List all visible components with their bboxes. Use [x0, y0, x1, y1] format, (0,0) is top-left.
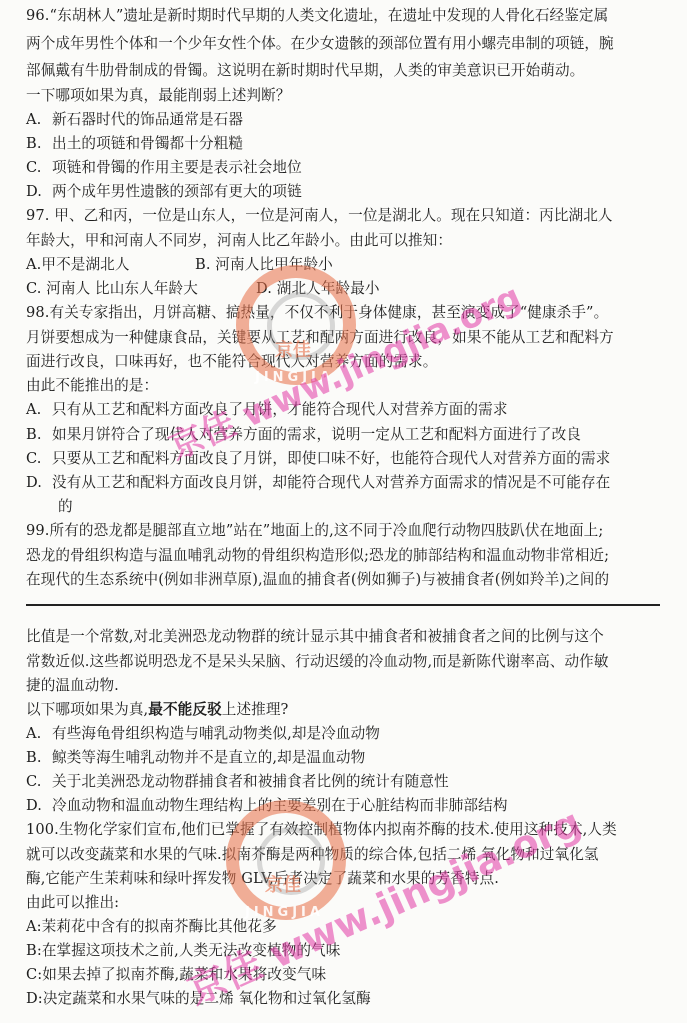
exam-page: …………………………………… 96.“东胡林人”遗址是新时期时代早期的人类文化遗… — [0, 0, 687, 1023]
q100-option-a: A:茉莉花中含有的拟南芥酶比其他花多 — [26, 917, 277, 937]
option-label: B. — [26, 134, 52, 154]
option-label: B. — [26, 748, 52, 768]
option-text: 鲸类等海生哺乳动物并不是直立的,却是温血动物 — [52, 749, 365, 766]
q99-option-c: C.关于北美洲恐龙动物群捕食者和被捕食者比例的统计有随意性 — [26, 772, 449, 792]
page-break-separator — [26, 604, 660, 606]
q98-option-d-continued: 的 — [58, 497, 73, 517]
option-label: B. — [26, 425, 52, 445]
option-label: C. — [26, 772, 52, 792]
q97-option-a: A.甲不是湖北人 — [26, 255, 130, 275]
q100-question: 由此可以推出: — [26, 893, 119, 913]
option-text: 关于北美洲恐龙动物群捕食者和被捕食者比例的统计有随意性 — [52, 773, 449, 790]
cropped-header-text: …………………………………… — [330, 0, 512, 3]
option-text: 新石器时代的饰品通常是石器 — [52, 111, 243, 128]
q99-option-b: B.鲸类等海生哺乳动物并不是直立的,却是温血动物 — [26, 748, 365, 768]
q98-question: 由此不能推出的是： — [26, 376, 158, 396]
q96-option-c: C.项链和骨镯的作用主要是表示社会地位 — [26, 158, 302, 178]
option-text: 如果月饼符合了现代人对营养方面的需求，说明一定从工艺和配料方面进行了改良 — [52, 426, 581, 443]
option-label: A. — [26, 724, 52, 744]
q98-option-d: D.没有从工艺和配料方面改良月饼，却能符合现代人对营养方面需求的情况是不可能存在 — [26, 473, 610, 493]
q99-question: 以下哪项如果为真,最不能反驳上述推理? — [26, 700, 288, 720]
q98-option-c: C.只要从工艺和配料方面改良了月饼，即使口味不好，也能符合现代人对营养方面的需求 — [26, 449, 610, 469]
q97-option-c: C. 河南人 比山东人年龄大 — [26, 279, 198, 299]
option-text: 出土的项链和骨镯都十分粗糙 — [52, 135, 243, 152]
q99-stem-line-6: 捷的温血动物. — [26, 676, 119, 696]
q99-stem-line-3: 在现代的生态系统中(例如非洲草原),温血的捕食者(例如狮子)与被捕食者(例如羚羊… — [26, 570, 609, 590]
q99-question-emphasis: 最不能反驳 — [148, 701, 221, 718]
option-text: 只要从工艺和配料方面改良了月饼，即使口味不好，也能符合现代人对营养方面的需求 — [52, 450, 610, 467]
q96-stem-line-1: 96.“东胡林人”遗址是新时期时代早期的人类文化遗址，在遗址中发现的人骨化石经鉴… — [26, 6, 608, 26]
seal-chinese-text: 京佳 — [265, 871, 301, 897]
option-label: D. — [26, 182, 52, 202]
q99-option-a: A.有些海龟骨组织构造与哺乳动物类似,却是冷血动物 — [26, 724, 380, 744]
q96-stem-line-2: 两个成年男性个体和一个少年女性个体。在少女遗骸的颈部位置有用小螺壳串制的项链，腕 — [26, 34, 614, 54]
q96-option-b: B.出土的项链和骨镯都十分粗糙 — [26, 134, 243, 154]
option-label: C. — [26, 449, 52, 469]
option-label: D. — [26, 796, 52, 816]
option-text: 项链和骨镯的作用主要是表示社会地位 — [52, 159, 302, 176]
option-label: C. — [26, 158, 52, 178]
option-label: A. — [26, 400, 52, 420]
q97-stem-line-1: 97. 甲、乙和丙，一位是山东人，一位是河南人，一位是湖北人。现在只知道：丙比湖… — [26, 206, 613, 226]
q99-question-prefix: 以下哪项如果为真, — [26, 701, 148, 718]
option-text: 两个成年男性遗骸的颈部有更大的项链 — [52, 183, 302, 200]
q99-stem-line-4: 比值是一个常数,对北美洲恐龙动物群的统计显示其中捕食者和被捕食者之间的比例与这个 — [26, 627, 604, 647]
q99-stem-line-5: 常数近似.这些都说明恐龙不是呆头呆脑、行动迟缓的冷血动物,而是新陈代谢率高、动作… — [26, 652, 609, 672]
option-label: A. — [26, 110, 52, 130]
q97-stem-line-2: 年龄大，甲和河南人不同岁，河南人比乙年龄小。由此可以推知： — [26, 231, 452, 251]
q96-option-a: A.新石器时代的饰品通常是石器 — [26, 110, 243, 130]
q99-question-suffix: 上述推理? — [222, 701, 289, 718]
q96-question: 一下哪项如果为真，最能削弱上述判断？ — [26, 86, 291, 106]
option-label: D. — [26, 473, 52, 493]
q96-option-d: D.两个成年男性遗骸的颈部有更大的项链 — [26, 182, 302, 202]
option-text: 没有从工艺和配料方面改良月饼，却能符合现代人对营养方面需求的情况是不可能存在 — [52, 474, 610, 491]
q99-stem-line-1: 99.所有的恐龙都是腿部直立地”站在”地面上的,这不同于冷血爬行动物四肢趴伏在地… — [26, 521, 603, 541]
q98-option-b: B.如果月饼符合了现代人对营养方面的需求，说明一定从工艺和配料方面进行了改良 — [26, 425, 581, 445]
q99-stem-line-2: 恐龙的骨组织构造与温血哺乳动物的骨组织构造形似;恐龙的肺部结构和温血动物非常相近… — [26, 546, 609, 566]
q96-stem-line-3: 部佩戴有牛肋骨制成的骨镯。这说明在新时期时代早期，人类的审美意识已开始萌动。 — [26, 61, 584, 81]
option-text: 有些海龟骨组织构造与哺乳动物类似,却是冷血动物 — [52, 725, 380, 742]
